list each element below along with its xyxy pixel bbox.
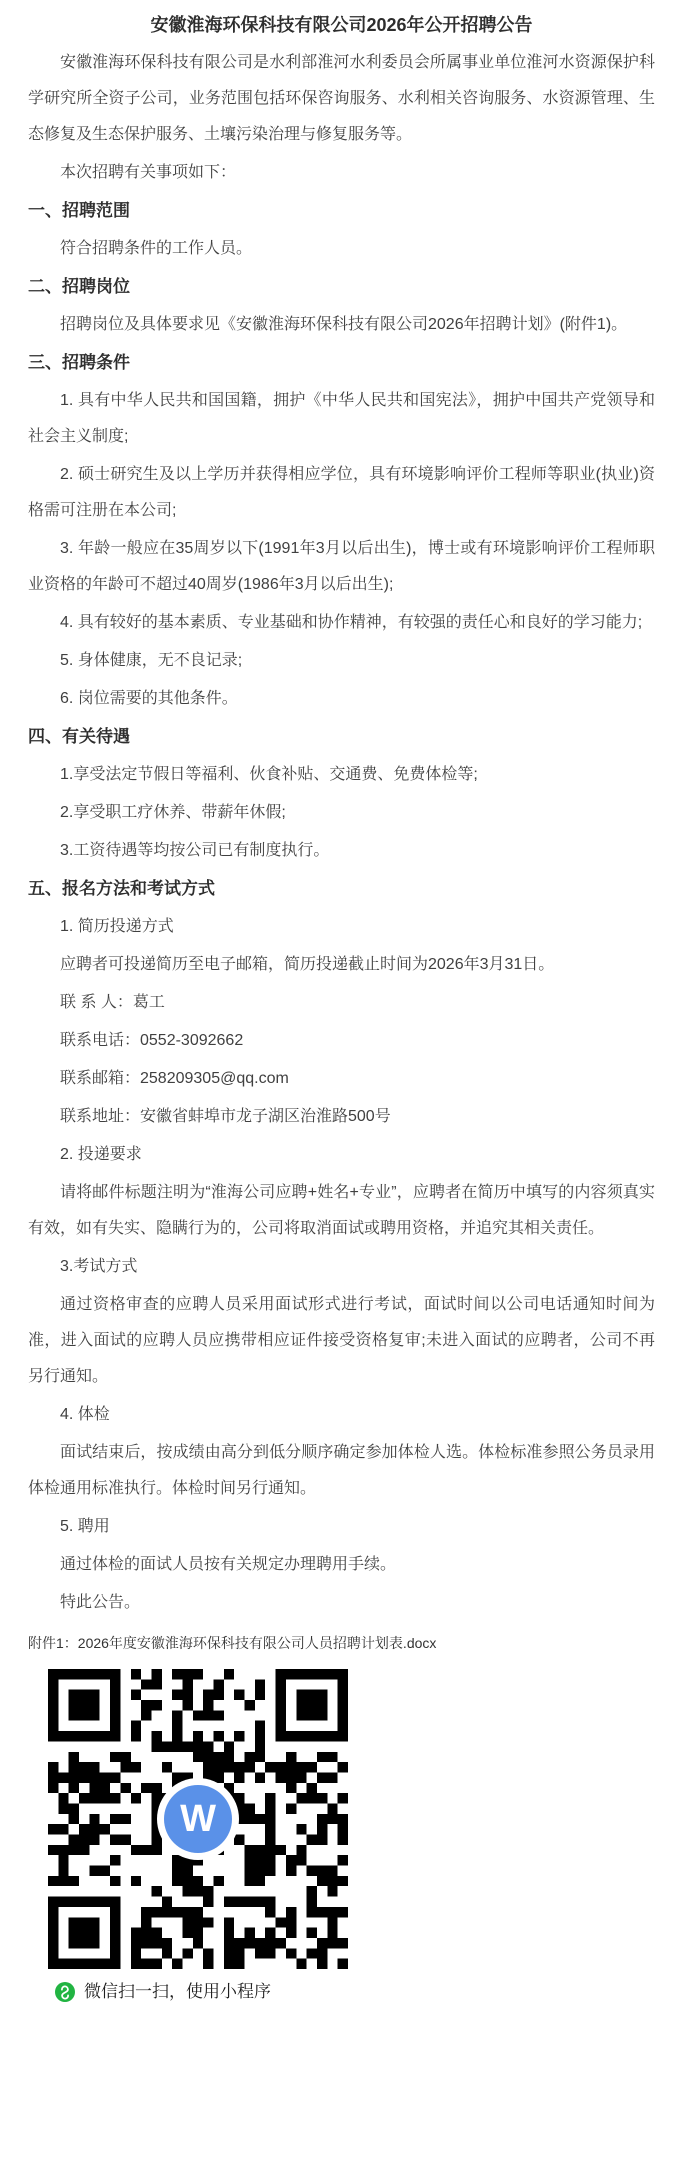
intro-paragraph: 本次招聘有关事项如下：	[28, 155, 655, 191]
intro-paragraph: 安徽淮海环保科技有限公司是水利部淮河水利委员会所属事业单位淮河水资源保护科学研究…	[28, 45, 655, 153]
body-paragraph: 5. 聘用	[28, 1509, 655, 1545]
body-paragraph: 联 系 人：葛工	[28, 985, 655, 1021]
body-paragraph: 6. 岗位需要的其他条件。	[28, 681, 655, 717]
body-paragraph: 4. 体检	[28, 1397, 655, 1433]
body-paragraph: 请将邮件标题注明为“淮海公司应聘+姓名+专业”，应聘者在简历中填写的内容须真实有…	[28, 1175, 655, 1247]
body-paragraph: 面试结束后，按成绩由高分到低分顺序确定参加体检人选。体检标准参照公务员录用体检通…	[28, 1435, 655, 1507]
section-heading: 二、招聘岗位	[28, 269, 655, 305]
body-paragraph: 应聘者可投递简历至电子邮箱，简历投递截止时间为2026年3月31日。	[28, 947, 655, 983]
body-paragraph: 联系电话：0552-3092662	[28, 1023, 655, 1059]
body-paragraph: 1. 具有中华人民共和国国籍，拥护《中华人民共和国宪法》，拥护中国共产党领导和社…	[28, 383, 655, 455]
body-paragraph: 通过资格审查的应聘人员采用面试形式进行考试，面试时间以公司电话通知时间为准，进入…	[28, 1287, 655, 1395]
section-heading: 四、有关待遇	[28, 719, 655, 755]
body-paragraph: 通过体检的面试人员按有关规定办理聘用手续。	[28, 1547, 655, 1583]
section-heading: 三、招聘条件	[28, 345, 655, 381]
attachment-link[interactable]: 附件1：2026年度安徽淮海环保科技有限公司人员招聘计划表.docx	[28, 1625, 655, 1661]
body-paragraph: 5. 身体健康，无不良记录;	[28, 643, 655, 679]
page-title: 安徽淮海环保科技有限公司2026年公开招聘公告	[28, 7, 655, 43]
section-heading: 五、报名方法和考试方式	[28, 871, 655, 907]
qr-center-logo: W	[164, 1785, 232, 1853]
section-heading: 一、招聘范围	[28, 193, 655, 229]
body-paragraph: 3.考试方式	[28, 1249, 655, 1285]
body-paragraph: 2. 硕士研究生及以上学历并获得相应学位，具有环境影响评价工程师等职业(执业)资…	[28, 457, 655, 529]
qr-code-block: W	[48, 1669, 348, 1969]
body-paragraph: 特此公告。	[28, 1585, 655, 1621]
body-paragraph: 联系邮箱：258209305@qq.com	[28, 1061, 655, 1097]
announcement-page: 安徽淮海环保科技有限公司2026年公开招聘公告 安徽淮海环保科技有限公司是水利部…	[0, 0, 682, 2168]
body-paragraph: 4. 具有较好的基本素质、专业基础和协作精神，有较强的责任心和良好的学习能力;	[28, 605, 655, 641]
body-paragraph: 1.享受法定节假日等福利、伙食补贴、交通费、免费体检等;	[28, 757, 655, 793]
body-paragraph: 3. 年龄一般应在35周岁以下(1991年3月以后出生)，博士或有环境影响评价工…	[28, 531, 655, 603]
wechat-miniprogram-icon	[55, 1982, 75, 2002]
body-paragraph: 1. 简历投递方式	[28, 909, 655, 945]
body-paragraph: 符合招聘条件的工作人员。	[28, 231, 655, 267]
announcement-body: 安徽淮海环保科技有限公司是水利部淮河水利委员会所属事业单位淮河水资源保护科学研究…	[28, 45, 655, 1621]
body-paragraph: 联系地址：安徽省蚌埠市龙子湖区治淮路500号	[28, 1099, 655, 1135]
wechat-scan-row: 微信扫一扫，使用小程序	[55, 1981, 655, 2003]
body-paragraph: 招聘岗位及具体要求见《安徽淮海环保科技有限公司2026年招聘计划》(附件1)。	[28, 307, 655, 343]
wechat-scan-caption: 微信扫一扫，使用小程序	[84, 1981, 271, 2003]
body-paragraph: 2. 投递要求	[28, 1137, 655, 1173]
body-paragraph: 3.工资待遇等均按公司已有制度执行。	[28, 833, 655, 869]
body-paragraph: 2.享受职工疗休养、带薪年休假;	[28, 795, 655, 831]
